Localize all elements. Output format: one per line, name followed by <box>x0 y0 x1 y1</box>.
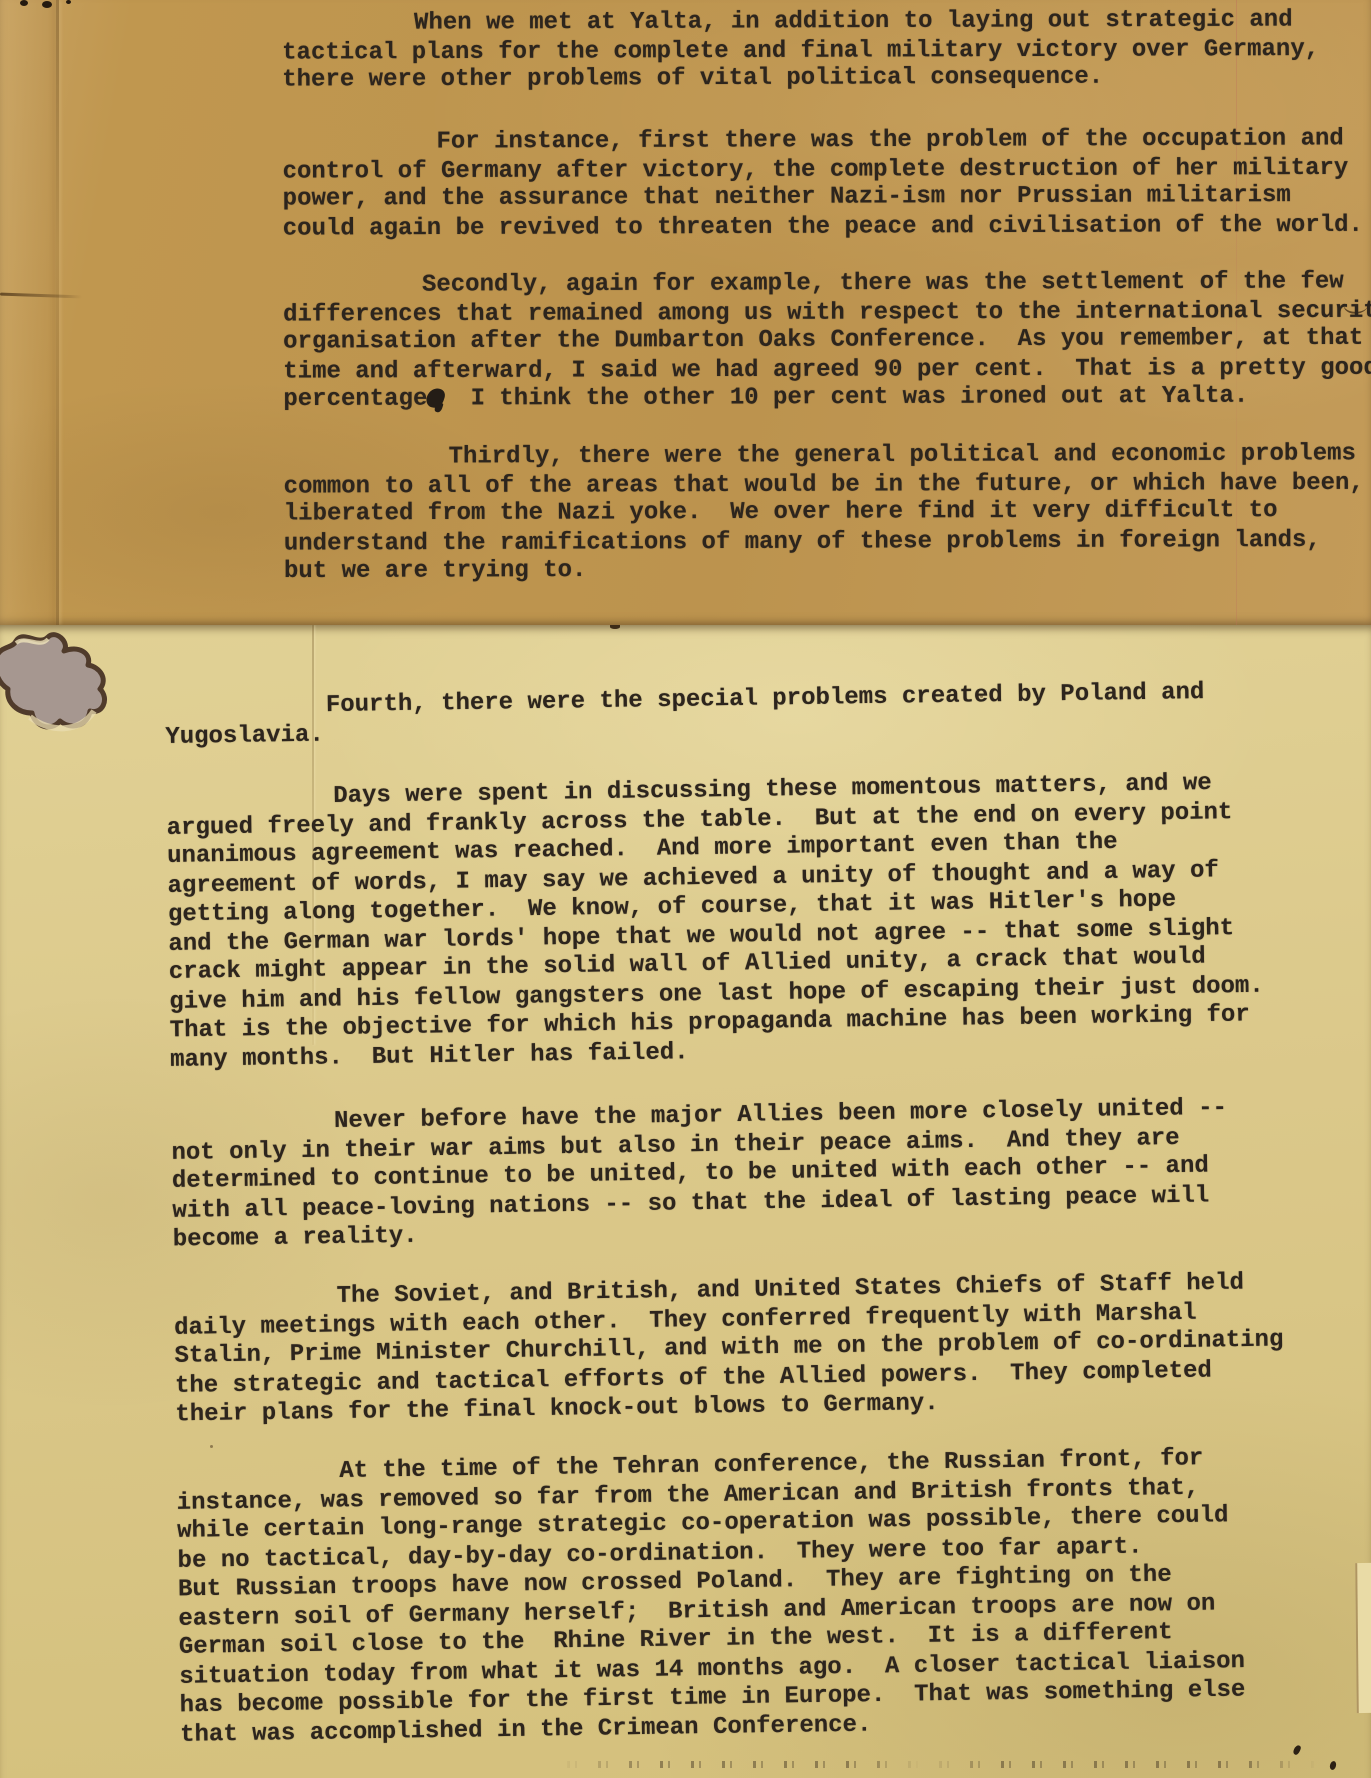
underlying-page-edge <box>1355 1563 1371 1713</box>
text-line: there were other problems of vital polit… <box>282 63 1371 95</box>
page-upper-sheet: When we met at Yalta, in addition to lay… <box>0 0 1371 625</box>
text-line: When we met at Yalta, in addition to lay… <box>282 6 1371 38</box>
paragraph-tehran-crimea: At the time of the Tehran conference, th… <box>176 1442 1371 1750</box>
text-line: time and afterward, I said we had agreed… <box>283 354 1371 386</box>
dust-speck <box>210 1445 213 1448</box>
text-line: organisation after the Dumbarton Oaks Co… <box>283 325 1371 357</box>
dust-speck <box>420 885 423 888</box>
ink-speck <box>1329 1760 1337 1770</box>
paragraph-chiefs-of-staff: The Soviet, and British, and United Stat… <box>173 1267 1371 1430</box>
text-line: liberated from the Nazi yoke. We over he… <box>284 497 1371 529</box>
paragraph-unanimous-agreement: Days were spent in discussing these mome… <box>166 767 1371 1075</box>
text-line: Thirdly, there were the general politica… <box>284 440 1371 472</box>
paragraph-yalta-intro: When we met at Yalta, in addition to lay… <box>282 6 1371 95</box>
typewritten-text-lower: Fourth, there were the special problems … <box>0 625 1371 1778</box>
text-line: For instance, first there was the proble… <box>282 125 1371 157</box>
text-line: percentage. I think the other 10 per cen… <box>283 382 1371 414</box>
paragraph-liberated-areas: Thirdly, there were the general politica… <box>284 440 1371 586</box>
text-line: power, and the assurance that neither Na… <box>283 182 1371 214</box>
text-line: understand the ramifications of many of … <box>284 526 1371 558</box>
text-line: could again be revived to threaten the p… <box>283 211 1371 243</box>
page-lower-sheet: Fourth, there were the special problems … <box>0 625 1371 1778</box>
cut-off-text-line <box>558 1761 1318 1768</box>
paragraph-poland-yugoslavia: Fourth, there were the special problems … <box>165 676 1371 752</box>
paragraph-allies-united: Never before have the major Allies been … <box>171 1092 1371 1255</box>
paragraph-occupation-of-germany: For instance, first there was the proble… <box>282 125 1371 243</box>
typewritten-text-upper: When we met at Yalta, in addition to lay… <box>0 0 1371 625</box>
paragraph-dumbarton-oaks: Secondly, again for example, there was t… <box>283 268 1371 414</box>
dust-speck <box>980 695 983 698</box>
text-line: but we are trying to. <box>284 554 1371 586</box>
text-line: Secondly, again for example, there was t… <box>283 268 1371 300</box>
document-scan: When we met at Yalta, in addition to lay… <box>0 0 1371 1778</box>
